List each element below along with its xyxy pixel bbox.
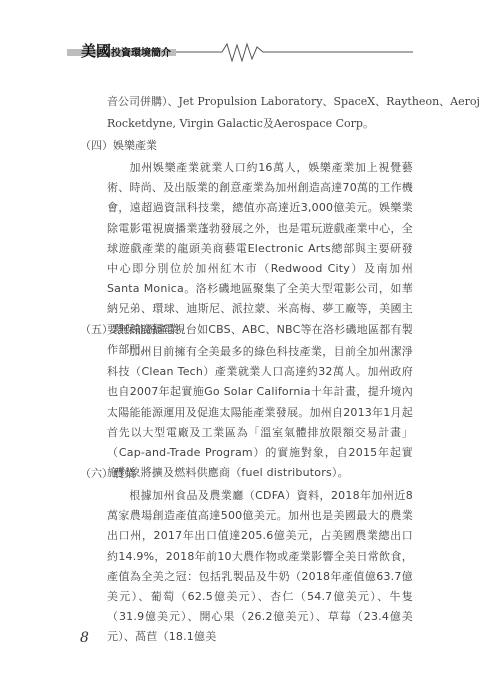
section-heading-entertainment: （四）娛樂產業	[80, 135, 157, 156]
section-body-agriculture: 根據加州食品及農業廳（CDFA）資料，2018年加州近8萬家農場創造產值高達50…	[107, 486, 413, 648]
section-heading-green-energy: （五）環保能源產業	[80, 319, 179, 340]
header-title-big: 美國	[81, 42, 111, 60]
continuation-line-1: 音公司併購）、Jet Propulsion Laboratory、SpaceX、…	[107, 91, 480, 112]
header-title-small: 投資環境簡介	[111, 48, 171, 59]
page-number: 8	[80, 630, 89, 646]
header-title: 美國投資環境簡介	[81, 40, 171, 61]
section-heading-agriculture: （六）農業	[80, 463, 135, 484]
section-body-text: 根據加州食品及農業廳（CDFA）資料，2018年加州近8萬家農場創造產值高達50…	[107, 489, 413, 643]
section-body-green-energy: 加州目前擁有全美最多的綠色科技產業，目前全加州潔淨科技（Clean Tech）產…	[107, 342, 413, 483]
continuation-line-2: Rocketdyne, Virgin Galactic及Aerospace Co…	[107, 113, 374, 134]
running-header: 美國投資環境簡介	[67, 40, 413, 62]
section-body-text: 加州目前擁有全美最多的綠色科技產業，目前全加州潔淨科技（Clean Tech）產…	[107, 345, 413, 479]
